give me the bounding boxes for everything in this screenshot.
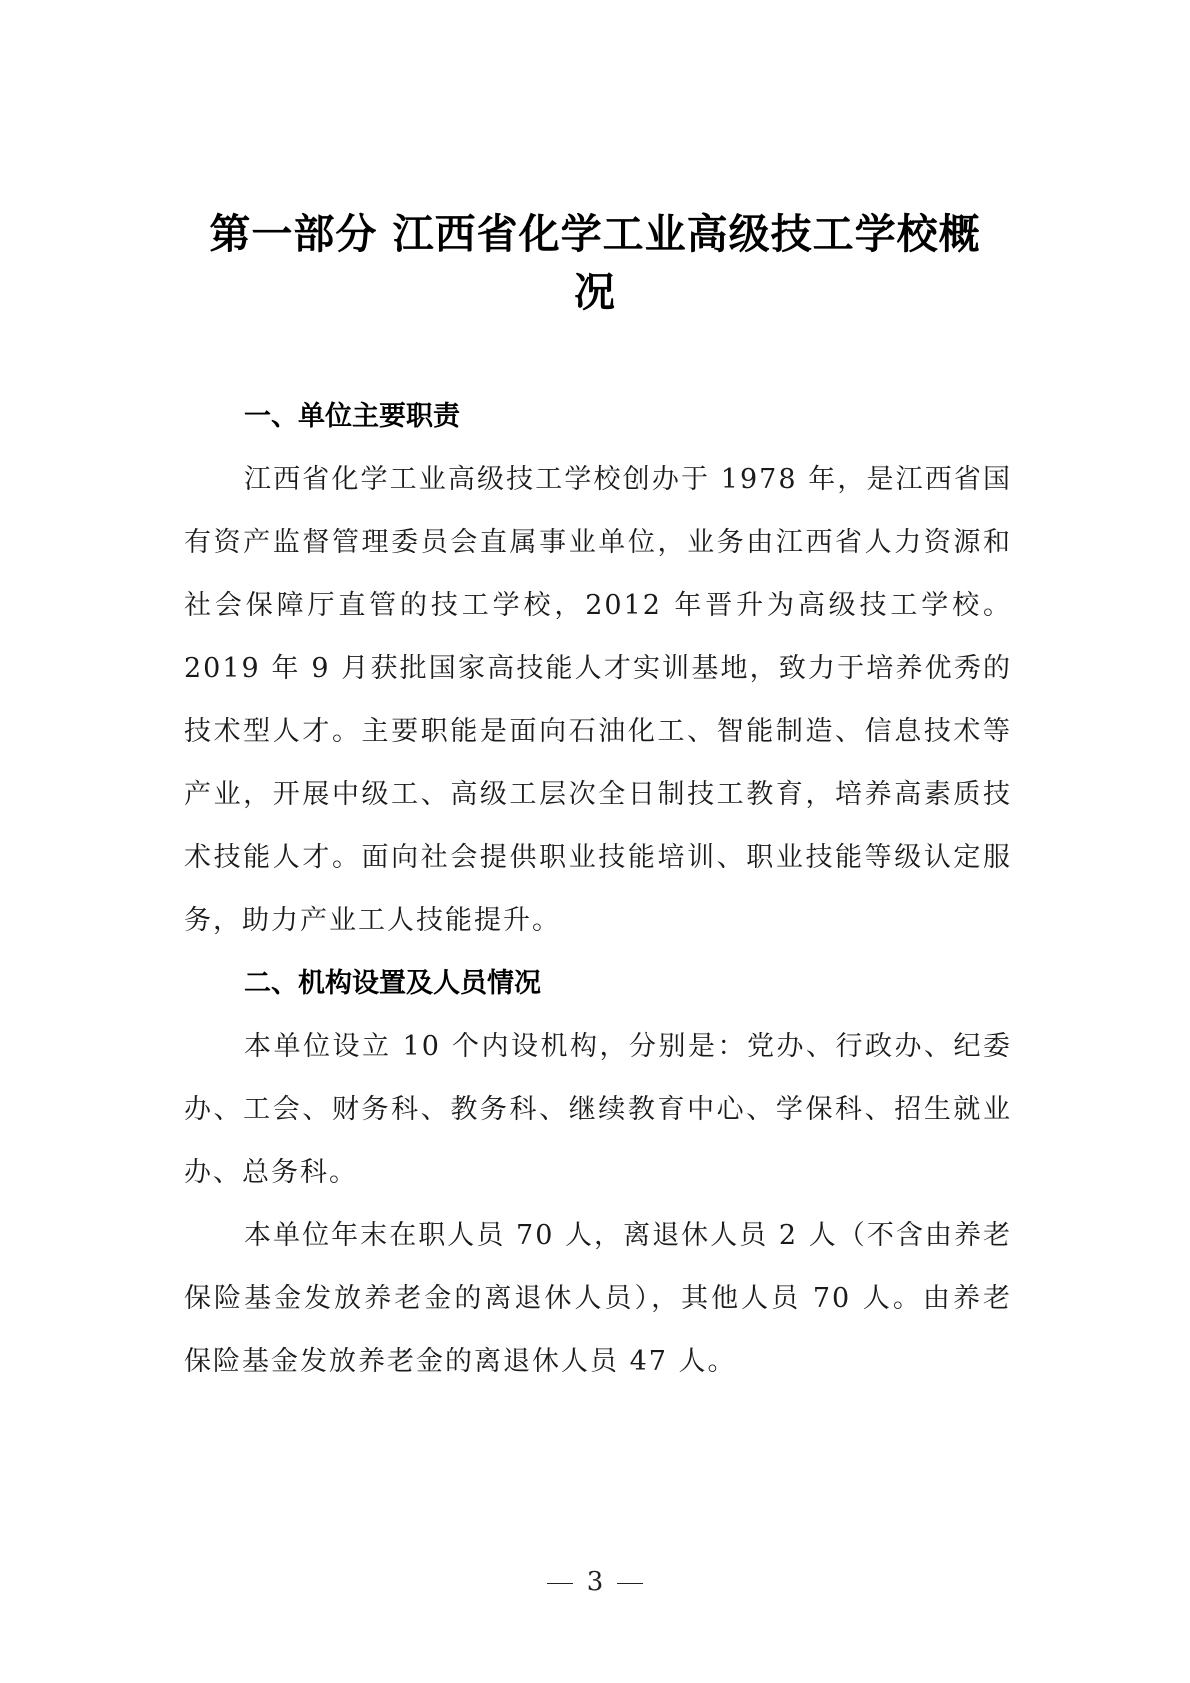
- title-line-2: 况: [150, 263, 1040, 321]
- section-main-duties: 一、单位主要职责 江西省化学工业高级技工学校创办于 1978 年，是江西省国有资…: [184, 385, 1012, 952]
- page-title: 第一部分 江西省化学工业高级技工学校概 况: [150, 205, 1040, 321]
- document-page: 第一部分 江西省化学工业高级技工学校概 况 一、单位主要职责 江西省化学工业高级…: [0, 0, 1190, 1683]
- section-organization-staff: 二、机构设置及人员情况 本单位设立 10 个内设机构，分别是：党办、行政办、纪委…: [184, 952, 1012, 1393]
- dash-right-icon: [617, 1583, 643, 1584]
- paragraph-duties: 江西省化学工业高级技工学校创办于 1978 年，是江西省国有资产监督管理委员会直…: [184, 448, 1012, 952]
- page-number: 3: [0, 1562, 1190, 1602]
- page-number-value: 3: [587, 1567, 604, 1597]
- dash-left-icon: [547, 1583, 573, 1584]
- paragraph-departments: 本单位设立 10 个内设机构，分别是：党办、行政办、纪委办、工会、财务科、教务科…: [184, 1015, 1012, 1204]
- document-body: 一、单位主要职责 江西省化学工业高级技工学校创办于 1978 年，是江西省国有资…: [184, 385, 1012, 1393]
- section-heading-organization-staff: 二、机构设置及人员情况: [184, 952, 1012, 1015]
- section-heading-main-duties: 一、单位主要职责: [184, 385, 1012, 448]
- title-line-1: 第一部分 江西省化学工业高级技工学校概: [150, 205, 1040, 263]
- paragraph-staff-count: 本单位年末在职人员 70 人，离退休人员 2 人（不含由养老保险基金发放养老金的…: [184, 1204, 1012, 1393]
